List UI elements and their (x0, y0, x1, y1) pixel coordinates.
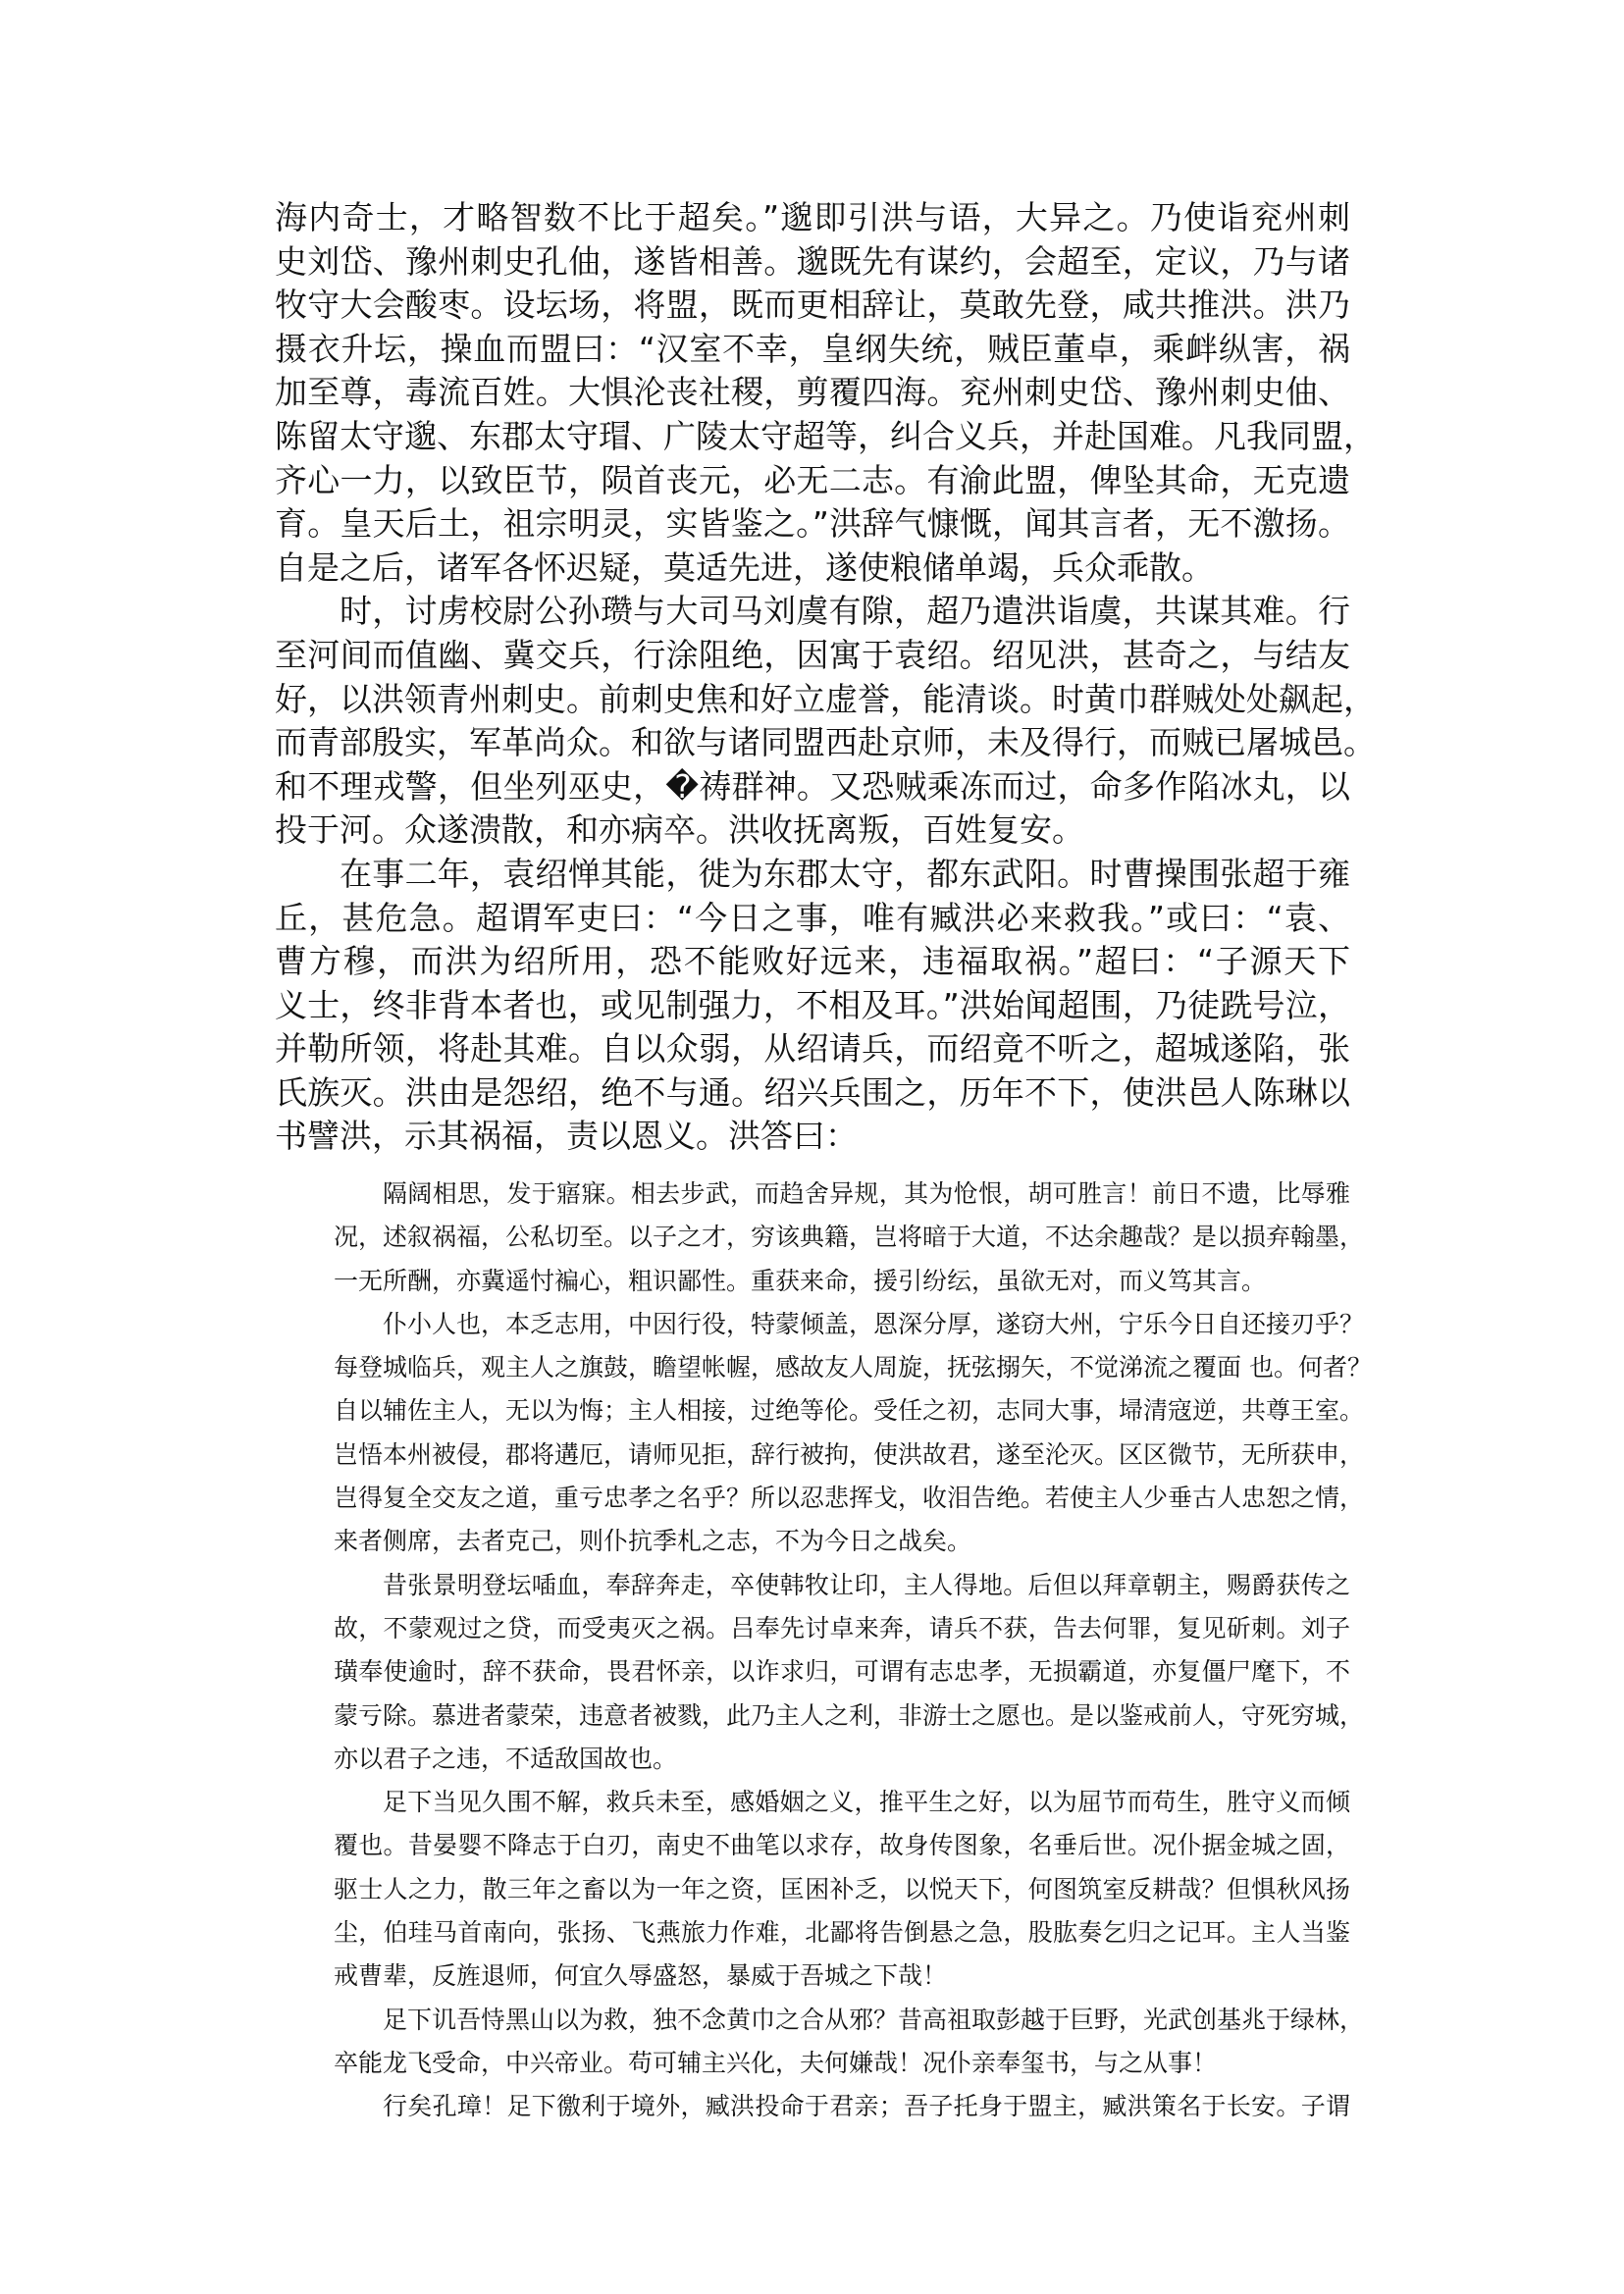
text-line: 在事二年，袁绍惮其能，徙为东郡太守，都东武阳。时曹操围张超于雍 (275, 853, 1350, 897)
text-line: 并勒所领，将赴其难。自以众弱，从绍请兵，而绍竟不听之，超城遂陷，张 (275, 1027, 1350, 1071)
text-line: 加至尊，毒流百姓。大惧沦丧社稷，剪覆四海。兖州刺史岱、豫州刺史伷、 (275, 371, 1350, 415)
text-line: 岂得复全交友之道，重亏忠孝之名乎？所以忍悲挥戈，收泪告绝。若使主人少垂古人忠恕之… (334, 1477, 1350, 1520)
text-line: 和不理戎警，但坐列巫史，�祷群神。又恐贼乘冻而过，命多作陷冰丸，以 (275, 765, 1350, 809)
text-line: 来者侧席，去者克己，则仆抗季札之志，不为今日之战矣。 (334, 1520, 1350, 1563)
letter-paragraph: 昔张景明登坛喢血，奉辞奔走，卒使韩牧让印，主人得地。后但以拜章朝主，赐爵获传之 … (334, 1564, 1350, 1781)
letter-paragraph: 足下当见久围不解，救兵未至，感婚姻之义，推平生之好，以为屈节而苟生，胜守义而倾 … (334, 1781, 1350, 1998)
text-line: 好，以洪领青州刺史。前刺史焦和好立虚誉，能清谈。时黄巾群贼处处飙起， (275, 678, 1350, 722)
paragraph: 海内奇士，才略智数不比于超矣。”邈即引洪与语，大异之。乃使诣兖州刺 史刘岱、豫州… (275, 196, 1350, 590)
text-line: 育。皇天后土，祖宗明灵，实皆鉴之。”洪辞气慷慨，闻其言者，无不激扬。 (275, 502, 1350, 547)
main-text: 海内奇士，才略智数不比于超矣。”邈即引洪与语，大异之。乃使诣兖州刺 史刘岱、豫州… (275, 196, 1350, 1159)
text-line: 氏族灭。洪由是怨绍，绝不与通。绍兴兵围之，历年不下，使洪邑人陈琳以 (275, 1071, 1350, 1116)
text-line: 隔阔相思，发于寤寐。相去步武，而趋舍异规，其为怆恨，胡可胜言！前日不遗，比辱雅 (334, 1173, 1350, 1216)
text-line: 曹方穆，而洪为绍所用，恐不能败好远来，违福取祸。”超曰：“子源天下 (275, 940, 1350, 984)
text-line: 蒙亏除。慕进者蒙荣，违意者被戮，此乃主人之利，非游士之愿也。是以鉴戒前人，守死穷… (334, 1694, 1350, 1738)
text-line: 自以辅佐主人，无以为悔；主人相接，过绝等伦。受任之初，志同大事，埽清寇逆，共尊王… (334, 1389, 1350, 1433)
text-line: 牧守大会酸枣。设坛场，将盟，既而更相辞让，莫敢先登，咸共推洪。洪乃 (275, 284, 1350, 328)
text-line: 摄衣升坛，操血而盟曰：“汉室不幸，皇纲失统，贼臣董卓，乘衅纵害，祸 (275, 328, 1350, 372)
text-line: 书譬洪，示其祸福，责以恩义。洪答曰： (275, 1115, 1350, 1159)
text-line: 驱士人之力，散三年之畜以为一年之资，匡困补乏，以悦天下，何图筑室反耕哉？但惧秋风… (334, 1868, 1350, 1911)
letter-paragraph: 仆小人也，本乏志用，中因行役，特蒙倾盖，恩深分厚，遂窃大州，宁乐今日自还接刃乎？… (334, 1303, 1350, 1564)
text-line: 陈留太守邈、东郡太守瑁、广陵太守超等，纠合义兵，并赴国难。凡我同盟， (275, 415, 1350, 459)
text-line: 至河间而值幽、冀交兵，行涂阻绝，因寓于袁绍。绍见洪，甚奇之，与结友 (275, 634, 1350, 678)
document-page: 海内奇士，才略智数不比于超矣。”邈即引洪与语，大异之。乃使诣兖州刺 史刘岱、豫州… (0, 0, 1624, 2294)
text-line: 时，讨虏校尉公孙瓒与大司马刘虞有隙，超乃遣洪诣虞，共谋其难。行 (275, 590, 1350, 634)
text-line: 而青部殷实，军革尚众。和欲与诸同盟西赴京师，未及得行，而贼已屠城邑。 (275, 721, 1350, 765)
letter-paragraph: 隔阔相思，发于寤寐。相去步武，而趋舍异规，其为怆恨，胡可胜言！前日不遗，比辱雅 … (334, 1173, 1350, 1303)
text-line: 仆小人也，本乏志用，中因行役，特蒙倾盖，恩深分厚，遂窃大州，宁乐今日自还接刃乎？ (334, 1303, 1350, 1346)
text-line: 每登城临兵，观主人之旗鼓，瞻望帐幄，感故友人周旋，抚弦搦矢，不觉涕流之覆面 也。… (334, 1346, 1350, 1389)
text-line: 齐心一力，以致臣节，陨首丧元，必无二志。有渝此盟，俾坠其命，无克遗 (275, 459, 1350, 503)
text-line: 行矣孔璋！足下徼利于境外，臧洪投命于君亲；吾子托身于盟主，臧洪策名于长安。子谓 (334, 2085, 1350, 2128)
quoted-letter: 隔阔相思，发于寤寐。相去步武，而趋舍异规，其为怆恨，胡可胜言！前日不遗，比辱雅 … (334, 1173, 1350, 2129)
text-line: 尘，伯珪马首南向，张扬、飞燕旅力作难，北鄙将告倒悬之急，股肱奏乞归之记耳。主人当… (334, 1911, 1350, 1955)
text-line: 覆也。昔晏婴不降志于白刃，南史不曲笔以求存，故身传图象，名垂后世。况仆据金城之固… (334, 1824, 1350, 1867)
text-line: 一无所酬，亦冀遥忖褊心，粗识鄙性。重获来命，援引纷纭，虽欲无对，而义笃其言。 (334, 1260, 1350, 1303)
letter-paragraph: 行矣孔璋！足下徼利于境外，臧洪投命于君亲；吾子托身于盟主，臧洪策名于长安。子谓 (334, 2085, 1350, 2128)
text-line: 投于河。众遂溃散，和亦病卒。洪收抚离叛，百姓复安。 (275, 808, 1350, 853)
text-line: 卒能龙飞受命，中兴帝业。苟可辅主兴化，夫何嫌哉！况仆亲奉玺书，与之从事！ (334, 2042, 1350, 2085)
text-line: 海内奇士，才略智数不比于超矣。”邈即引洪与语，大异之。乃使诣兖州刺 (275, 196, 1350, 240)
letter-paragraph: 足下讥吾恃黑山以为救，独不念黄巾之合从邪？昔高祖取彭越于巨野，光武创基兆于绿林，… (334, 1999, 1350, 2086)
text-line: 戒曹辈，反旌退师，何宜久辱盛怒，暴威于吾城之下哉！ (334, 1955, 1350, 1998)
text-line: 自是之后，诸军各怀迟疑，莫适先进，遂使粮储单竭，兵众乖散。 (275, 547, 1350, 591)
text-line: 足下讥吾恃黑山以为救，独不念黄巾之合从邪？昔高祖取彭越于巨野，光武创基兆于绿林， (334, 1999, 1350, 2042)
text-line: 足下当见久围不解，救兵未至，感婚姻之义，推平生之好，以为屈节而苟生，胜守义而倾 (334, 1781, 1350, 1824)
text-line: 况，述叙祸福，公私切至。以子之才，穷该典籍，岂将暗于大道，不达余趣哉？是以损弃翰… (334, 1216, 1350, 1259)
text-line: 丘，甚危急。超谓军吏曰：“今日之事，唯有臧洪必来救我。”或曰：“袁、 (275, 897, 1350, 941)
text-line: 故，不蒙观过之贷，而受夷灭之祸。吕奉先讨卓来奔，请兵不获，告去何罪，复见斫刺。刘… (334, 1607, 1350, 1650)
text-line: 岂悟本州被侵，郡将遘厄，请师见拒，辞行被拘，使洪故君，遂至沦灭。区区微节，无所获… (334, 1434, 1350, 1477)
text-line: 史刘岱、豫州刺史孔伷，遂皆相善。邈既先有谋约，会超至，定议，乃与诸 (275, 240, 1350, 285)
text-line: 璜奉使逾时，辞不获命，畏君怀亲，以诈求归，可谓有志忠孝，无损霸道，亦复僵尸麾下，… (334, 1650, 1350, 1694)
paragraph: 时，讨虏校尉公孙瓒与大司马刘虞有隙，超乃遣洪诣虞，共谋其难。行 至河间而值幽、冀… (275, 590, 1350, 853)
text-line: 义士，终非背本者也，或见制强力，不相及耳。”洪始闻超围，乃徒跣号泣， (275, 984, 1350, 1028)
text-line: 昔张景明登坛喢血，奉辞奔走，卒使韩牧让印，主人得地。后但以拜章朝主，赐爵获传之 (334, 1564, 1350, 1607)
paragraph: 在事二年，袁绍惮其能，徙为东郡太守，都东武阳。时曹操围张超于雍 丘，甚危急。超谓… (275, 853, 1350, 1159)
text-line: 亦以君子之违，不适敌国故也。 (334, 1738, 1350, 1781)
